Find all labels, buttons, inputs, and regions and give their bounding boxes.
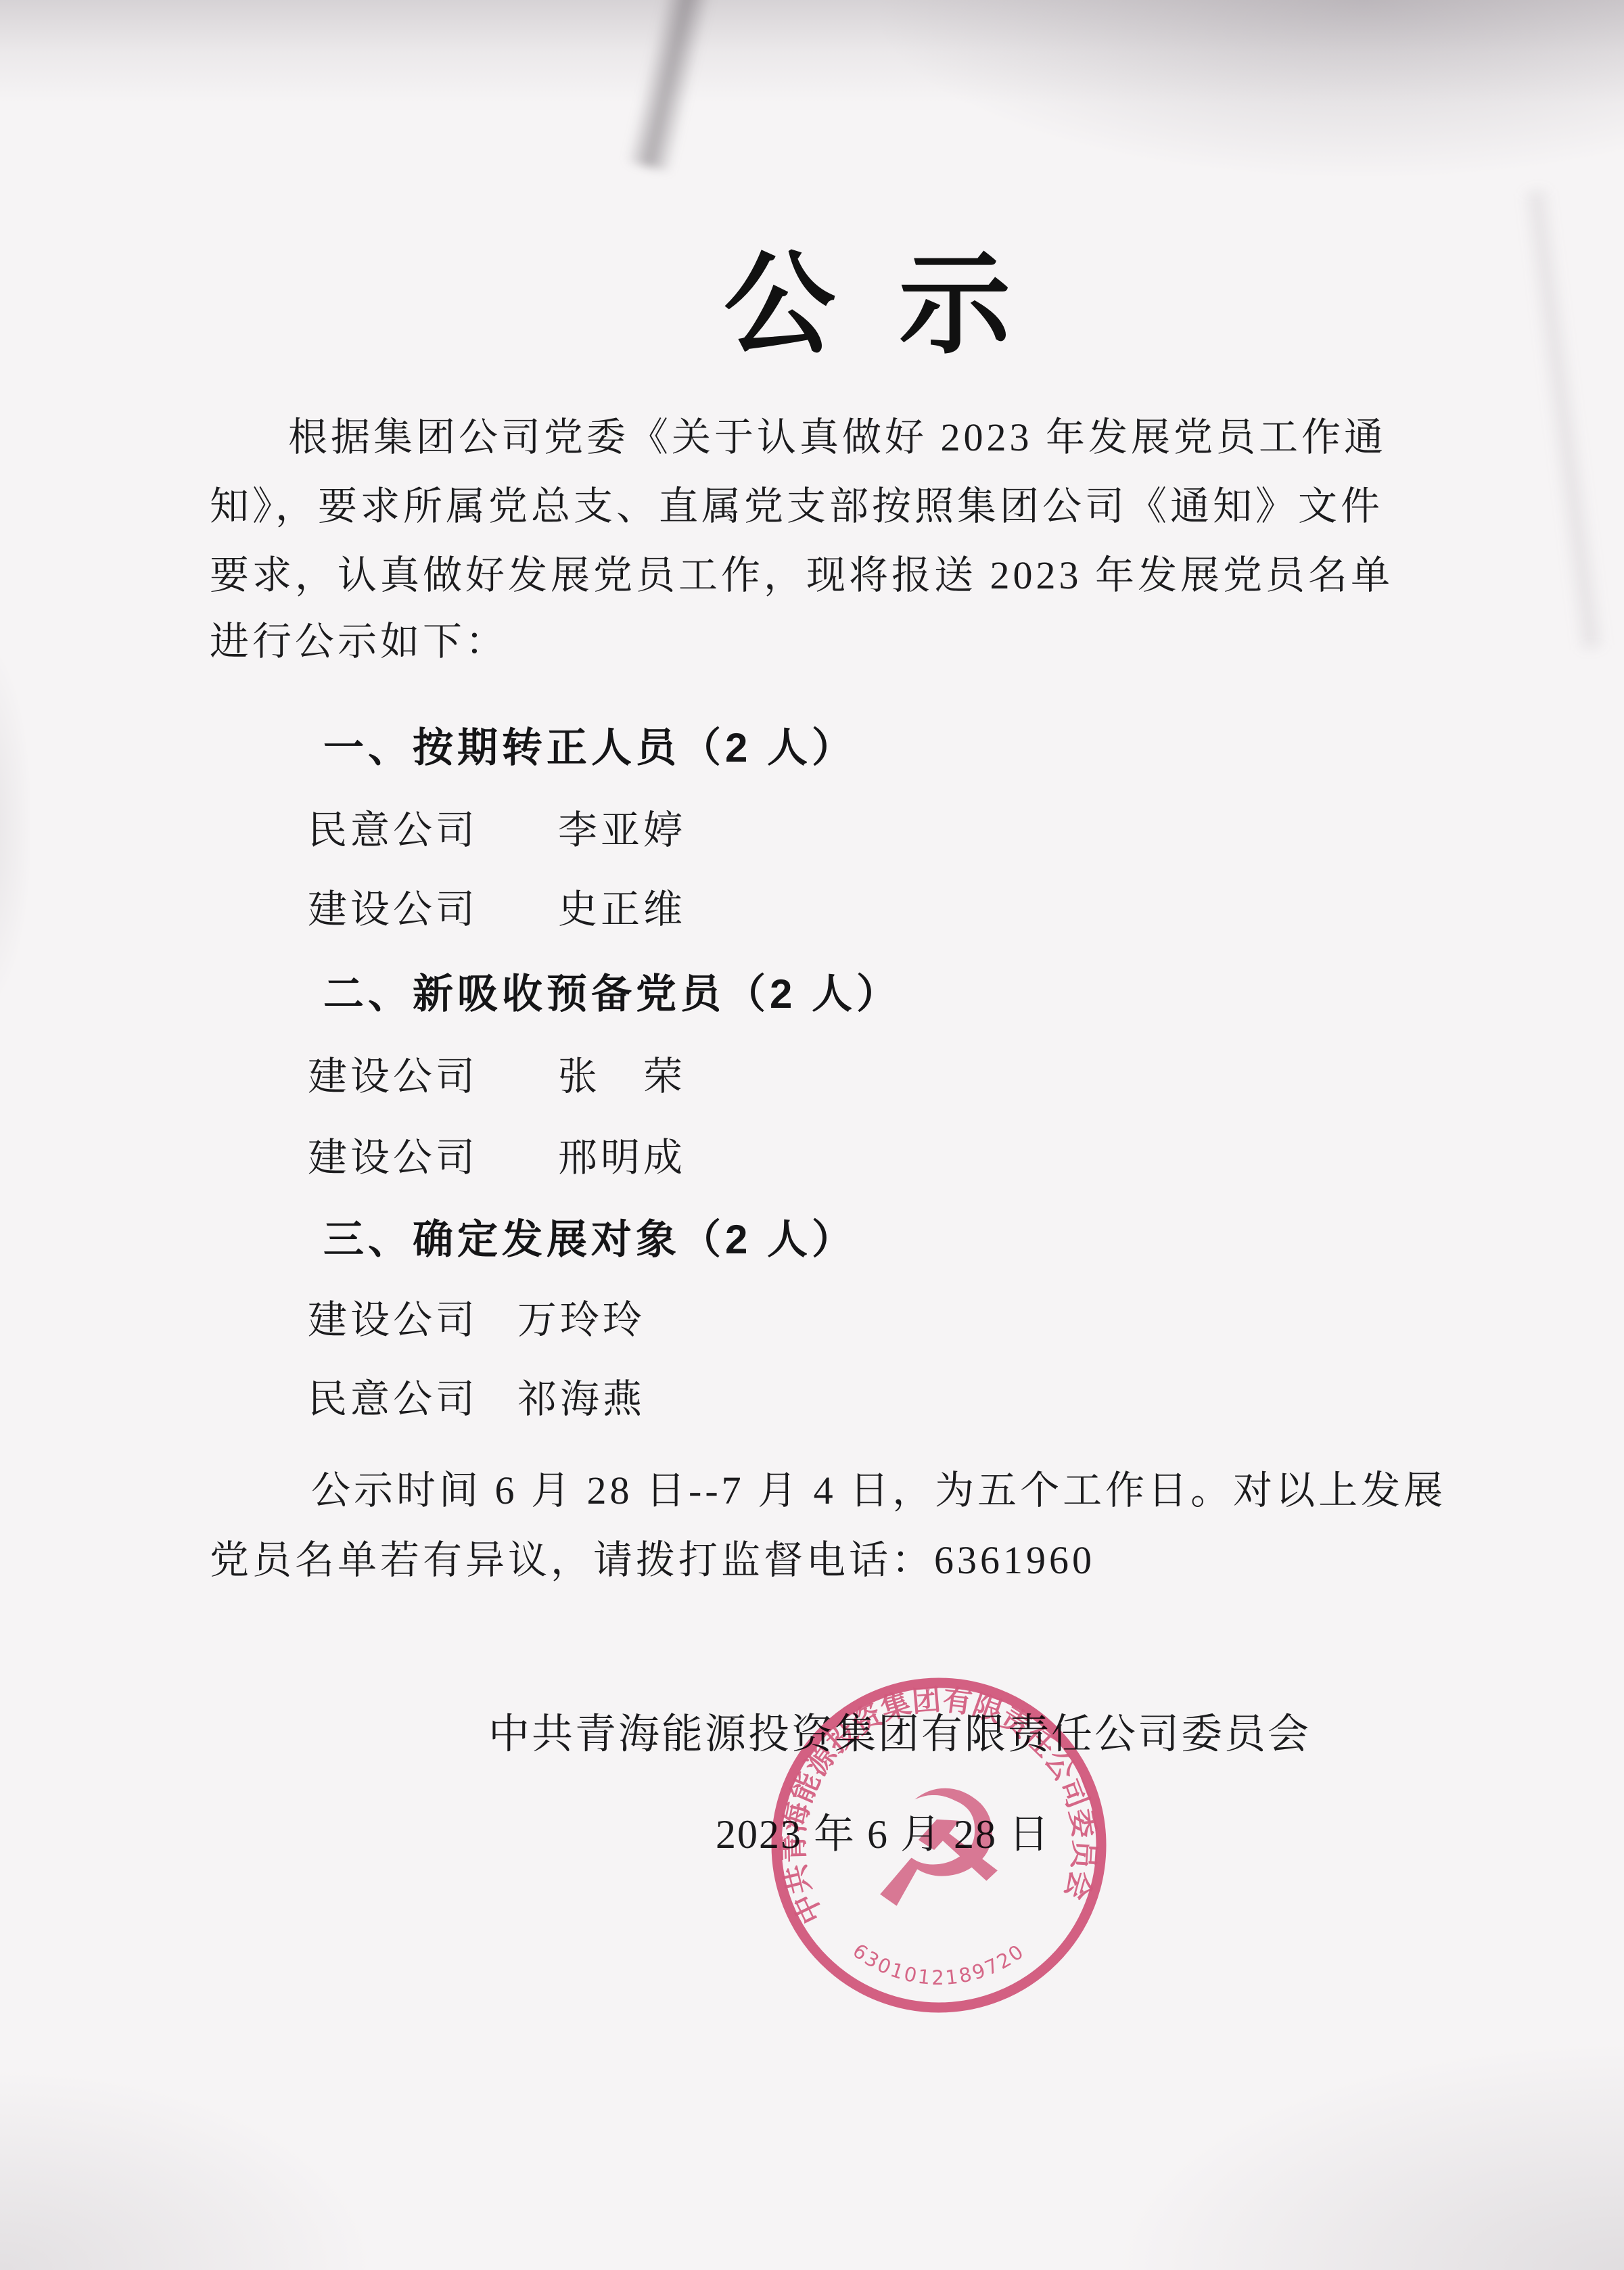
company-name: 民意公司: [308, 808, 478, 852]
roster-row: 民意公司李亚婷: [308, 798, 686, 855]
roster-row: 民意公司祁海燕: [308, 1367, 645, 1424]
closing-line: 党员名单若有异议，请拨打监督电话：6361960: [210, 1537, 1428, 1584]
paper-left-edge-shadow: [0, 649, 30, 1001]
paper-top-right-shadow: [880, 0, 1624, 176]
company-name: 民意公司: [308, 1377, 478, 1421]
member-name: 祁海燕: [517, 1377, 645, 1421]
member-name: 万玲玲: [517, 1298, 645, 1342]
closing-line: 公示时间 6 月 28 日--7 月 4 日，为五个工作日。对以上发展: [210, 1467, 1428, 1514]
paper-crease-right: [1521, 189, 1607, 649]
section-heading: 一、按期转正人员（2 人）: [323, 716, 856, 774]
paragraph-line: 要求，认真做好发展党员工作，现将报送 2023 年发展党员名单: [210, 552, 1428, 599]
page-title: 公示: [724, 215, 1074, 375]
paper-bottom-left-shadow: [0, 2067, 379, 2270]
paper-bottom-right-shadow: [1110, 2040, 1624, 2270]
roster-row: 建设公司史正维: [308, 877, 686, 934]
paragraph-line: 进行公示如下：: [210, 618, 1428, 666]
section-heading: 二、新吸收预备党员（2 人）: [323, 962, 901, 1020]
member-name: 张 荣: [558, 1055, 686, 1098]
company-name: 建设公司: [308, 1298, 478, 1342]
seal-serial-number: 6301012189720: [849, 1939, 1029, 1989]
issue-date: 2023 年 6 月 28 日: [716, 1802, 1050, 1860]
roster-row: 建设公司邢明成: [308, 1126, 686, 1182]
member-name: 李亚婷: [558, 808, 686, 852]
issuer-committee: 中共青海能源投资集团有限责任公司委员会: [488, 1701, 1311, 1760]
company-name: 建设公司: [308, 1136, 478, 1180]
section-heading: 三、确定发展对象（2 人）: [323, 1207, 856, 1266]
member-name: 邢明成: [558, 1136, 686, 1180]
paragraph-line: 根据集团公司党委《关于认真做好 2023 年发展党员工作通: [210, 414, 1428, 461]
scanned-notice-page: 公示 根据集团公司党委《关于认真做好 2023 年发展党员工作通 知》，要求所属…: [0, 0, 1624, 2270]
paragraph-line: 知》，要求所属党总支、直属党支部按照集团公司《通知》文件: [210, 483, 1428, 530]
company-name: 建设公司: [308, 887, 478, 931]
company-name: 建设公司: [308, 1055, 478, 1098]
roster-row: 建设公司万玲玲: [308, 1288, 645, 1345]
roster-row: 建设公司张 荣: [308, 1044, 686, 1101]
member-name: 史正维: [558, 887, 686, 931]
